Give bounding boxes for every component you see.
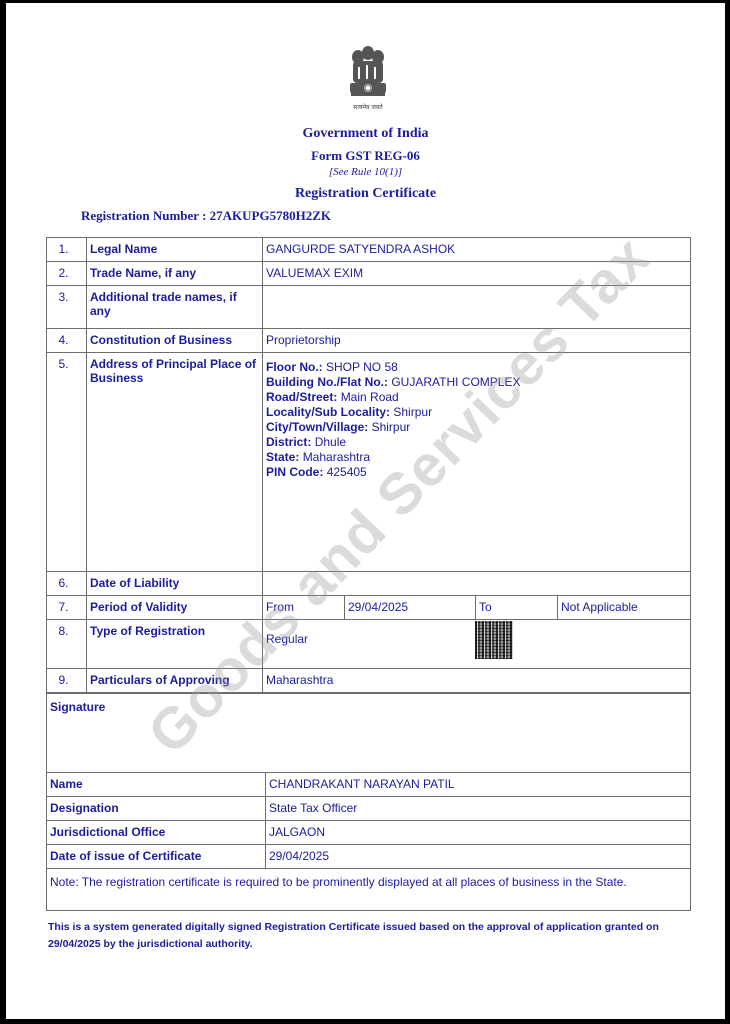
table-row: 2. Trade Name, if any VALUEMAX EXIM [47, 262, 691, 286]
additional-trade-names-label: Additional trade names, if any [87, 286, 263, 329]
period-of-validity-label: Period of Validity [87, 596, 263, 620]
qr-code-icon [475, 621, 513, 659]
validity-from-label: From [263, 596, 345, 620]
constitution-value: Proprietorship [263, 329, 691, 353]
form-title: Form GST REG-06 [6, 148, 725, 164]
constitution-label: Constitution of Business [87, 329, 263, 353]
additional-trade-names-value [263, 286, 691, 329]
table-row: 9. Particulars of Approving Maharashtra [47, 669, 691, 693]
table-row: 1. Legal Name GANGURDE SATYENDRA ASHOK [47, 238, 691, 262]
date-of-liability-label: Date of Liability [87, 572, 263, 596]
address-label: Address of Principal Place of Business [87, 353, 263, 572]
type-of-registration-label: Type of Registration [87, 620, 263, 669]
row-number: 7. [47, 596, 87, 620]
table-row: 8. Type of Registration Regular [47, 620, 691, 669]
designation-value: State Tax Officer [266, 797, 691, 821]
row-number: 9. [47, 669, 87, 693]
row-number: 2. [47, 262, 87, 286]
address-line: District: Dhule [266, 435, 687, 450]
row-number: 6. [47, 572, 87, 596]
row-number: 4. [47, 329, 87, 353]
validity-to-date: Not Applicable [558, 596, 691, 620]
table-row: Note: The registration certificate is re… [47, 869, 691, 911]
row-number: 5. [47, 353, 87, 572]
table-row: 3. Additional trade names, if any [47, 286, 691, 329]
trade-name-value: VALUEMAX EXIM [263, 262, 691, 286]
designation-label: Designation [47, 797, 266, 821]
jurisdictional-office-value: JALGAON [266, 821, 691, 845]
registration-number-value: 27AKUPG5780H2ZK [210, 208, 331, 223]
row-number: 8. [47, 620, 87, 669]
particulars-of-approving-label: Particulars of Approving [87, 669, 263, 693]
address-line: City/Town/Village: Shirpur [266, 420, 687, 435]
address-line: Road/Street: Main Road [266, 390, 687, 405]
validity-from-date: 29/04/2025 [345, 596, 476, 620]
validity-to-label: To [476, 596, 558, 620]
certificate-title: Registration Certificate [6, 186, 725, 202]
registration-details-table: 1. Legal Name GANGURDE SATYENDRA ASHOK 2… [46, 237, 691, 693]
officer-name-label: Name [47, 773, 266, 797]
particulars-of-approving-value: Maharashtra [263, 669, 691, 693]
date-of-liability-value [263, 572, 691, 596]
display-note: Note: The registration certificate is re… [47, 869, 691, 911]
government-title: Government of India [6, 126, 725, 142]
signature-table: Signature Name CHANDRAKANT NARAYAN PATIL… [46, 693, 691, 911]
table-row: 5. Address of Principal Place of Busines… [47, 353, 691, 572]
trade-name-label: Trade Name, if any [87, 262, 263, 286]
date-of-issue-label: Date of issue of Certificate [47, 845, 266, 869]
table-row: Name CHANDRAKANT NARAYAN PATIL [47, 773, 691, 797]
table-row: Signature [47, 694, 691, 773]
registration-number: Registration Number : 27AKUPG5780H2ZK [81, 208, 331, 224]
address-line: Locality/Sub Locality: Shirpur [266, 405, 687, 420]
signature-label: Signature [47, 694, 691, 773]
legal-name-label: Legal Name [87, 238, 263, 262]
jurisdictional-office-label: Jurisdictional Office [47, 821, 266, 845]
address-value: Floor No.: SHOP NO 58 Building No./Flat … [263, 353, 691, 572]
address-line: PIN Code: 425405 [266, 465, 687, 480]
rule-reference: [See Rule 10(1)] [6, 166, 725, 178]
table-row: Jurisdictional Office JALGAON [47, 821, 691, 845]
table-row: Date of issue of Certificate 29/04/2025 [47, 845, 691, 869]
table-row: 4. Constitution of Business Proprietorsh… [47, 329, 691, 353]
address-line: Floor No.: SHOP NO 58 [266, 360, 687, 375]
certificate-page: सत्यमेव जयते Government of India Form GS… [6, 3, 725, 1019]
legal-name-value: GANGURDE SATYENDRA ASHOK [263, 238, 691, 262]
table-row: Designation State Tax Officer [47, 797, 691, 821]
table-row: 6. Date of Liability [47, 572, 691, 596]
date-of-issue-value: 29/04/2025 [266, 845, 691, 869]
address-line: State: Maharashtra [266, 450, 687, 465]
emblem-motto: सत्यमेव जयते [328, 103, 408, 111]
row-number: 3. [47, 286, 87, 329]
table-row: 7. Period of Validity From 29/04/2025 To… [47, 596, 691, 620]
system-generated-notice: This is a system generated digitally sig… [48, 919, 688, 953]
row-number: 1. [47, 238, 87, 262]
address-line: Building No./Flat No.: GUJARATHI COMPLEX [266, 375, 687, 390]
officer-name-value: CHANDRAKANT NARAYAN PATIL [266, 773, 691, 797]
registration-number-label: Registration Number : [81, 208, 210, 223]
